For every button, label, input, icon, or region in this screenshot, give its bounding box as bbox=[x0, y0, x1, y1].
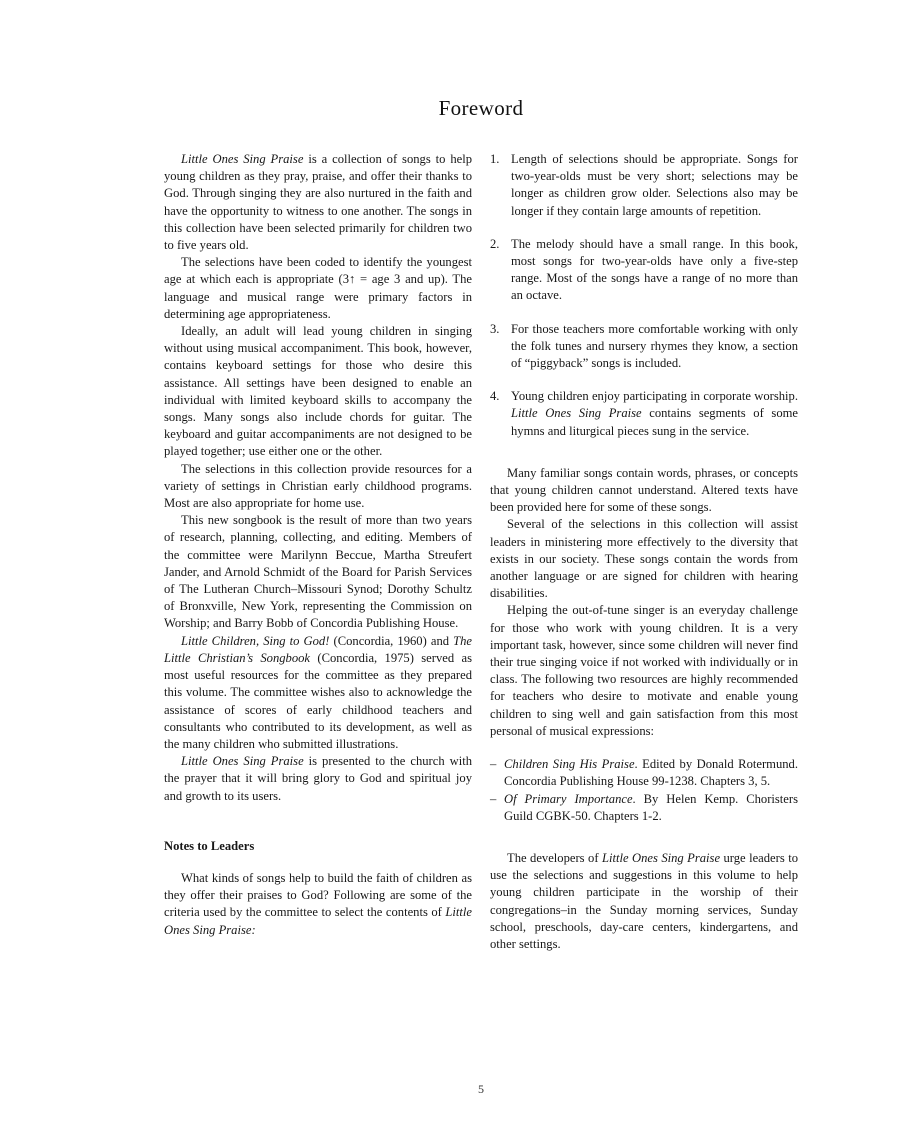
list-marker: – bbox=[490, 791, 496, 808]
list-item: 2.The melody should have a small range. … bbox=[490, 236, 798, 305]
list-item: –Of Primary Importance. By Helen Kemp. C… bbox=[490, 791, 798, 825]
list-item: 1.Length of selections should be appropr… bbox=[490, 151, 798, 220]
paragraph: This new songbook is the result of more … bbox=[164, 512, 472, 632]
section-heading: Notes to Leaders bbox=[164, 838, 472, 855]
scanned-page: Foreword Little Ones Sing Praise is a co… bbox=[0, 0, 900, 1136]
list-item: 3.For those teachers more comfortable wo… bbox=[490, 321, 798, 373]
list-marker: 3. bbox=[490, 321, 499, 338]
list-item: –Children Sing His Praise. Edited by Don… bbox=[490, 756, 798, 790]
paragraph: The selections have been coded to identi… bbox=[164, 254, 472, 323]
paragraph: Helping the out-of-tune singer is an eve… bbox=[490, 602, 798, 740]
paragraph: The developers of Little Ones Sing Prais… bbox=[490, 850, 798, 953]
paragraph: Many familiar songs contain words, phras… bbox=[490, 465, 798, 517]
right-column: 1.Length of selections should be appropr… bbox=[490, 151, 798, 953]
list-marker: – bbox=[490, 756, 496, 773]
two-column-layout: Little Ones Sing Praise is a collection … bbox=[164, 151, 798, 953]
left-column: Little Ones Sing Praise is a collection … bbox=[164, 151, 472, 953]
paragraph: Ideally, an adult will lead young childr… bbox=[164, 323, 472, 461]
list-marker: 1. bbox=[490, 151, 499, 168]
paragraph: The selections in this collection provid… bbox=[164, 461, 472, 513]
page-number: 5 bbox=[164, 1082, 798, 1097]
paragraph: Several of the selections in this collec… bbox=[490, 516, 798, 602]
paragraph: Little Ones Sing Praise is a collection … bbox=[164, 151, 472, 254]
paragraph: What kinds of songs help to build the fa… bbox=[164, 870, 472, 939]
list-marker: 2. bbox=[490, 236, 499, 253]
paragraph: Little Ones Sing Praise is presented to … bbox=[164, 753, 472, 805]
page-content: Foreword Little Ones Sing Praise is a co… bbox=[164, 96, 798, 953]
list-marker: 4. bbox=[490, 388, 499, 405]
list-item: 4.Young children enjoy participating in … bbox=[490, 388, 798, 440]
page-title: Foreword bbox=[164, 96, 798, 121]
paragraph: Little Children, Sing to God! (Concordia… bbox=[164, 633, 472, 753]
